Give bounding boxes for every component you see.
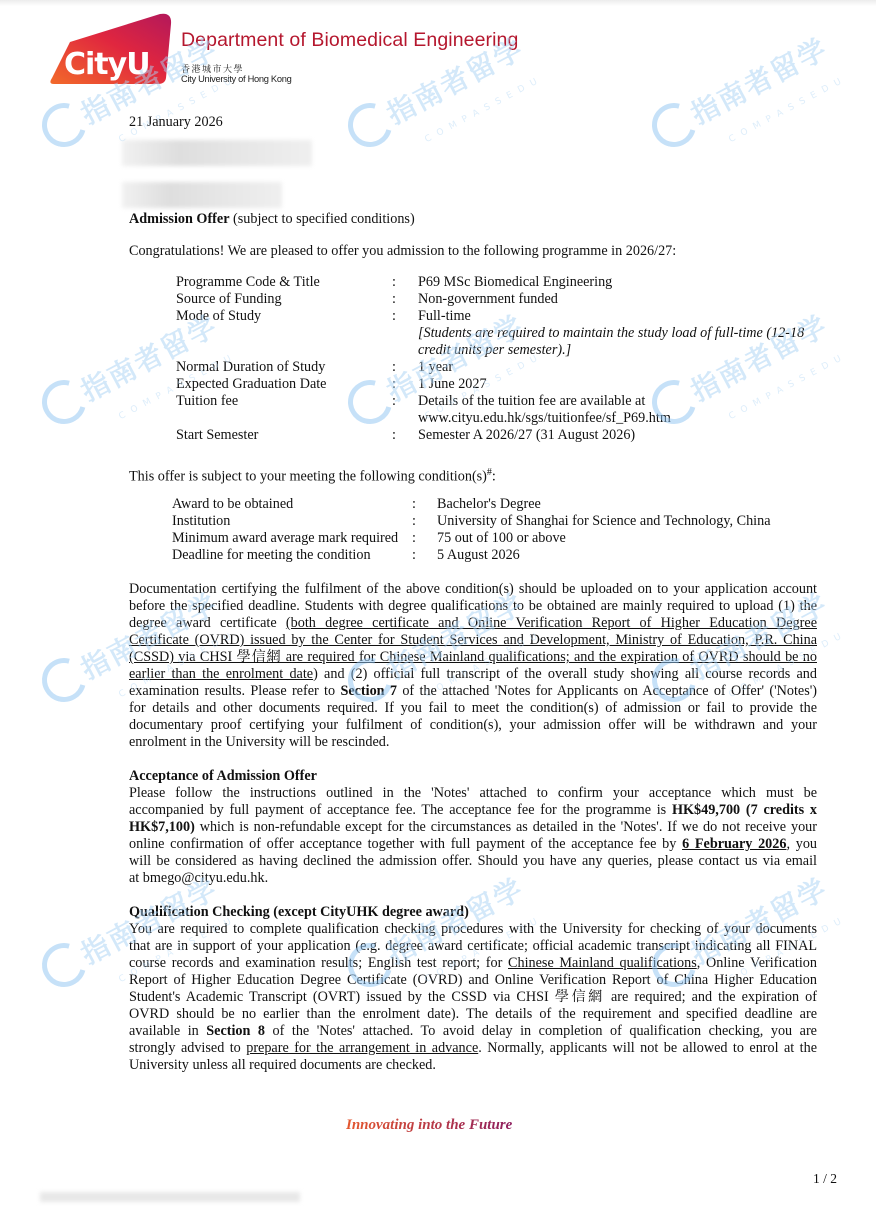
qualification-heading: Qualification Checking (except CityUHK d… xyxy=(129,904,469,920)
watermark-logo-icon xyxy=(340,95,400,155)
programme-row: Mode of Study:Full-time xyxy=(176,308,836,325)
programme-row: Tuition fee:Details of the tuition fee a… xyxy=(176,393,836,410)
university-name-en: City University of Hong Kong xyxy=(181,74,291,84)
qualification-section: Qualification Checking (except CityUHK d… xyxy=(129,904,817,1074)
contact-email[interactable]: at bmego@cityu.edu.hk. xyxy=(129,870,817,887)
offer-title: Admission Offer (subject to specified co… xyxy=(129,211,415,228)
acceptance-section: Acceptance of Admission Offer Please fol… xyxy=(129,768,817,887)
acceptance-deadline: 6 February 2026 xyxy=(682,836,786,852)
offer-letter-page: CityU Department of Biomedical Engineeri… xyxy=(0,0,876,1206)
redacted-footer xyxy=(40,1192,300,1202)
programme-row: Programme Code & Title:P69 MSc Biomedica… xyxy=(176,274,836,291)
redacted-recipient-name xyxy=(122,140,312,166)
footer-motto: Innovating into the Future xyxy=(346,1117,512,1134)
tuition-fee-link[interactable]: www.cityu.edu.hk/sgs/tuitionfee/sf_P69.h… xyxy=(176,410,836,427)
watermark-logo-icon xyxy=(34,935,94,995)
page-edge-shade xyxy=(0,0,876,6)
documentation-paragraph: Documentation certifying the fulfilment … xyxy=(129,581,817,751)
condition-row: Minimum award average mark required:75 o… xyxy=(172,530,832,547)
watermark-logo-icon xyxy=(34,95,94,155)
conditions-list: Award to be obtained:Bachelor's Degree I… xyxy=(172,496,832,564)
letter-date: 21 January 2026 xyxy=(129,114,223,131)
programme-row: Normal Duration of Study:1 year xyxy=(176,359,836,376)
condition-row: Institution:University of Shanghai for S… xyxy=(172,513,832,530)
programme-row: Start Semester:Semester A 2026/27 (31 Au… xyxy=(176,427,836,444)
programme-row: Source of Funding:Non-government funded xyxy=(176,291,836,308)
watermark-logo-icon xyxy=(644,95,704,155)
svg-text:CityU: CityU xyxy=(64,47,150,82)
programme-row: Expected Graduation Date:1 June 2027 xyxy=(176,376,836,393)
page-number: 1 / 2 xyxy=(813,1171,837,1187)
condition-row: Award to be obtained:Bachelor's Degree xyxy=(172,496,832,513)
mode-note: [Students are required to maintain the s… xyxy=(176,325,836,342)
conditions-intro: This offer is subject to your meeting th… xyxy=(129,464,496,486)
watermark-logo-icon xyxy=(34,372,94,432)
condition-row: Deadline for meeting the condition:5 Aug… xyxy=(172,547,832,564)
redacted-recipient-id xyxy=(122,182,282,208)
cityu-logo: CityU xyxy=(50,12,174,84)
offer-intro: Congratulations! We are pleased to offer… xyxy=(129,243,676,260)
department-name: Department of Biomedical Engineering xyxy=(181,29,518,52)
watermark-logo-icon xyxy=(34,650,94,710)
acceptance-heading: Acceptance of Admission Offer xyxy=(129,768,317,784)
programme-details: Programme Code & Title:P69 MSc Biomedica… xyxy=(176,274,836,444)
mode-note: credit units per semester).] xyxy=(176,342,836,359)
